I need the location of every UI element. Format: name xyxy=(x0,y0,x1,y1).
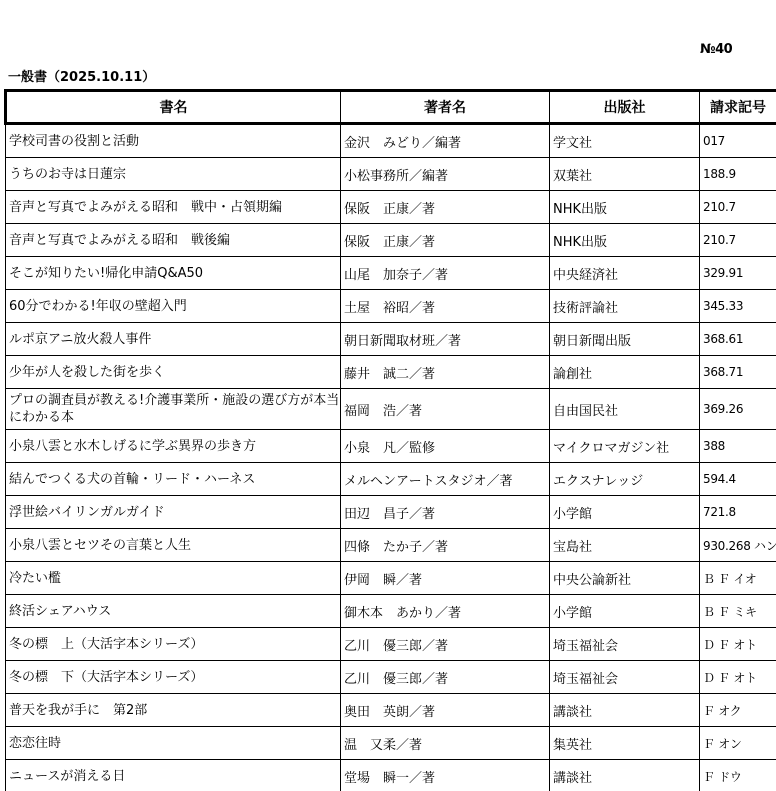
book-call-number: 594.4 xyxy=(700,463,776,496)
table-row: 終活シェアハウス 御木本 あかり／著 小学館 Ｂ Ｆ ミキ xyxy=(6,595,776,628)
table-row: プロの調査員が教える!介護事業所・施設の選び方が本当にわかる本 福岡 浩／著 自… xyxy=(6,389,776,430)
table-header-row: 書名 著者名 出版社 請求記号 xyxy=(6,91,776,124)
book-title: 結んでつくる犬の首輪・リード・ハーネス xyxy=(6,463,341,496)
book-publisher: 中央経済社 xyxy=(550,257,700,290)
book-author: 温 又柔／著 xyxy=(341,727,550,760)
book-title: 60分でわかる!年収の壁超入門 xyxy=(6,290,341,323)
book-call-number: Ｆ オン xyxy=(700,727,776,760)
book-call-number: Ｂ Ｆ ミキ xyxy=(700,595,776,628)
book-title: うちのお寺は日蓮宗 xyxy=(6,158,341,191)
book-title: 恋恋往時 xyxy=(6,727,341,760)
book-author: メルヘンアートスタジオ／著 xyxy=(341,463,550,496)
book-call-number: 930.268 ハン xyxy=(700,529,776,562)
book-author: 小泉 凡／監修 xyxy=(341,430,550,463)
book-call-number: 388 xyxy=(700,430,776,463)
book-call-number: Ｆ オク xyxy=(700,694,776,727)
book-publisher: NHK出版 xyxy=(550,224,700,257)
book-author: 保阪 正康／著 xyxy=(341,191,550,224)
table-row: 音声と写真でよみがえる昭和 戦後編 保阪 正康／著 NHK出版 210.7 xyxy=(6,224,776,257)
book-publisher: 宝島社 xyxy=(550,529,700,562)
book-author: 福岡 浩／著 xyxy=(341,389,550,430)
book-call-number: 721.8 xyxy=(700,496,776,529)
table-row: うちのお寺は日蓮宗 小松事務所／編著 双葉社 188.9 xyxy=(6,158,776,191)
book-author: 山尾 加奈子／著 xyxy=(341,257,550,290)
book-title: 音声と写真でよみがえる昭和 戦中・占領期編 xyxy=(6,191,341,224)
book-publisher: NHK出版 xyxy=(550,191,700,224)
book-title: 小泉八雲と水木しげるに学ぶ異界の歩き方 xyxy=(6,430,341,463)
book-call-number: 188.9 xyxy=(700,158,776,191)
book-publisher: 講談社 xyxy=(550,760,700,791)
column-header-call-number: 請求記号 xyxy=(700,91,776,124)
book-author: 乙川 優三郎／著 xyxy=(341,628,550,661)
book-call-number: Ｂ Ｆ イオ xyxy=(700,562,776,595)
book-author: 田辺 昌子／著 xyxy=(341,496,550,529)
book-author: 小松事務所／編著 xyxy=(341,158,550,191)
book-publisher: 小学館 xyxy=(550,496,700,529)
book-publisher: 埼玉福祉会 xyxy=(550,628,700,661)
book-title: 終活シェアハウス xyxy=(6,595,341,628)
list-number: №40 xyxy=(700,42,732,57)
book-author: 金沢 みどり／編著 xyxy=(341,124,550,158)
column-header-publisher: 出版社 xyxy=(550,91,700,124)
book-call-number: 368.71 xyxy=(700,356,776,389)
table-row: ニュースが消える日 堂場 瞬一／著 講談社 Ｆ ドウ xyxy=(6,760,776,791)
book-publisher: エクスナレッジ xyxy=(550,463,700,496)
table-row: 冬の標 上（大活字本シリーズ） 乙川 優三郎／著 埼玉福祉会 Ｄ Ｆ オト xyxy=(6,628,776,661)
book-publisher: 集英社 xyxy=(550,727,700,760)
book-publisher: 技術評論社 xyxy=(550,290,700,323)
table-row: ルポ京アニ放火殺人事件 朝日新聞取材班／著 朝日新聞出版 368.61 xyxy=(6,323,776,356)
book-title: 冬の標 上（大活字本シリーズ） xyxy=(6,628,341,661)
book-list-table: 書名 著者名 出版社 請求記号 学校司書の役割と活動 金沢 みどり／編著 学文社… xyxy=(4,89,776,791)
table-row: 音声と写真でよみがえる昭和 戦中・占領期編 保阪 正康／著 NHK出版 210.… xyxy=(6,191,776,224)
book-title: 学校司書の役割と活動 xyxy=(6,124,341,158)
column-header-title: 書名 xyxy=(6,91,341,124)
book-call-number: 369.26 xyxy=(700,389,776,430)
book-author: 奥田 英朗／著 xyxy=(341,694,550,727)
table-row: 少年が人を殺した街を歩く 藤井 誠二／著 論創社 368.71 xyxy=(6,356,776,389)
table-row: そこが知りたい!帰化申請Q&A50 山尾 加奈子／著 中央経済社 329.91 xyxy=(6,257,776,290)
book-call-number: 345.33 xyxy=(700,290,776,323)
table-row: 恋恋往時 温 又柔／著 集英社 Ｆ オン xyxy=(6,727,776,760)
book-title: プロの調査員が教える!介護事業所・施設の選び方が本当にわかる本 xyxy=(6,389,341,430)
table-row: 小泉八雲とセツその言葉と人生 四條 たか子／著 宝島社 930.268 ハン xyxy=(6,529,776,562)
book-publisher: 中央公論新社 xyxy=(550,562,700,595)
book-title: ルポ京アニ放火殺人事件 xyxy=(6,323,341,356)
book-call-number: 017 xyxy=(700,124,776,158)
book-title: そこが知りたい!帰化申請Q&A50 xyxy=(6,257,341,290)
book-publisher: 論創社 xyxy=(550,356,700,389)
book-title: 小泉八雲とセツその言葉と人生 xyxy=(6,529,341,562)
book-publisher: 朝日新聞出版 xyxy=(550,323,700,356)
book-author: 伊岡 瞬／著 xyxy=(341,562,550,595)
book-title: 音声と写真でよみがえる昭和 戦後編 xyxy=(6,224,341,257)
table-row: 小泉八雲と水木しげるに学ぶ異界の歩き方 小泉 凡／監修 マイクロマガジン社 38… xyxy=(6,430,776,463)
table-row: 冷たい檻 伊岡 瞬／著 中央公論新社 Ｂ Ｆ イオ xyxy=(6,562,776,595)
table-row: 普天を我が手に 第2部 奥田 英朗／著 講談社 Ｆ オク xyxy=(6,694,776,727)
book-publisher: 学文社 xyxy=(550,124,700,158)
book-author: 堂場 瞬一／著 xyxy=(341,760,550,791)
book-author: 朝日新聞取材班／著 xyxy=(341,323,550,356)
book-call-number: Ｆ ドウ xyxy=(700,760,776,791)
table-row: 学校司書の役割と活動 金沢 みどり／編著 学文社 017 xyxy=(6,124,776,158)
book-title: 少年が人を殺した街を歩く xyxy=(6,356,341,389)
book-author: 四條 たか子／著 xyxy=(341,529,550,562)
book-publisher: マイクロマガジン社 xyxy=(550,430,700,463)
book-author: 御木本 あかり／著 xyxy=(341,595,550,628)
table-row: 結んでつくる犬の首輪・リード・ハーネス メルヘンアートスタジオ／著 エクスナレッ… xyxy=(6,463,776,496)
book-publisher: 埼玉福祉会 xyxy=(550,661,700,694)
book-author: 藤井 誠二／著 xyxy=(341,356,550,389)
book-call-number: 210.7 xyxy=(700,191,776,224)
book-publisher: 双葉社 xyxy=(550,158,700,191)
book-publisher: 講談社 xyxy=(550,694,700,727)
book-title: 冷たい檻 xyxy=(6,562,341,595)
book-call-number: 210.7 xyxy=(700,224,776,257)
book-author: 土屋 裕昭／著 xyxy=(341,290,550,323)
table-row: 浮世絵バイリンガルガイド 田辺 昌子／著 小学館 721.8 xyxy=(6,496,776,529)
book-publisher: 自由国民社 xyxy=(550,389,700,430)
book-publisher: 小学館 xyxy=(550,595,700,628)
table-body: 学校司書の役割と活動 金沢 みどり／編著 学文社 017 うちのお寺は日蓮宗 小… xyxy=(6,124,776,791)
book-author: 乙川 優三郎／著 xyxy=(341,661,550,694)
book-title: 冬の標 下（大活字本シリーズ） xyxy=(6,661,341,694)
table-row: 冬の標 下（大活字本シリーズ） 乙川 優三郎／著 埼玉福祉会 Ｄ Ｆ オト xyxy=(6,661,776,694)
column-header-author: 著者名 xyxy=(341,91,550,124)
list-title: 一般書（2025.10.11） xyxy=(8,66,155,85)
table-row: 60分でわかる!年収の壁超入門 土屋 裕昭／著 技術評論社 345.33 xyxy=(6,290,776,323)
book-call-number: Ｄ Ｆ オト xyxy=(700,661,776,694)
book-call-number: 329.91 xyxy=(700,257,776,290)
book-title: 普天を我が手に 第2部 xyxy=(6,694,341,727)
book-title: 浮世絵バイリンガルガイド xyxy=(6,496,341,529)
book-title: ニュースが消える日 xyxy=(6,760,341,791)
book-call-number: Ｄ Ｆ オト xyxy=(700,628,776,661)
book-author: 保阪 正康／著 xyxy=(341,224,550,257)
book-call-number: 368.61 xyxy=(700,323,776,356)
